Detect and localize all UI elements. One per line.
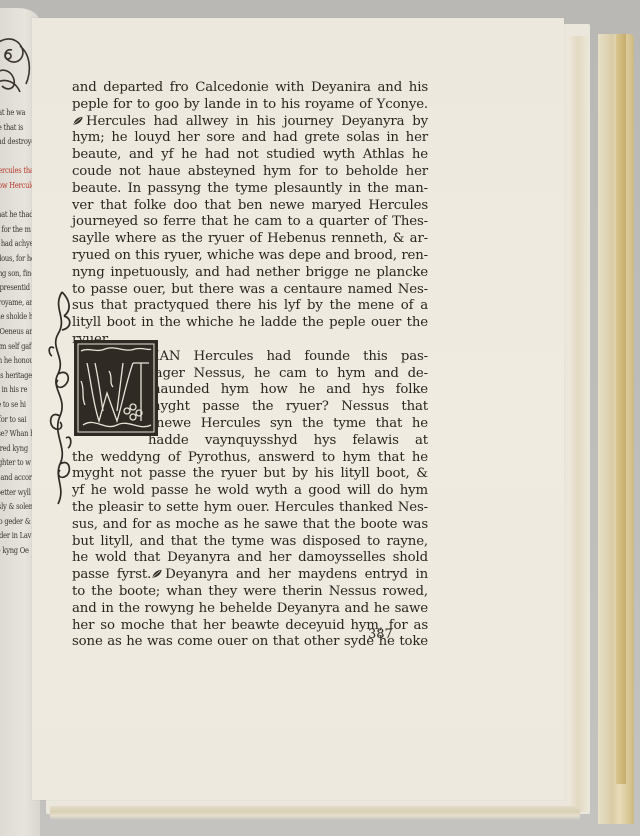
vine-border-ornament-icon [46, 288, 74, 508]
text-line: passe fyrst.Deyanyra and her maydens ent… [72, 567, 428, 584]
left-page-text-line: ssyng son, fin- [0, 267, 33, 281]
paragraph-before-dropcap: and departed fro Calcedonie with Deyanir… [72, 80, 428, 349]
left-page-text-line: c hym self gaf [0, 340, 31, 354]
text-line: the pleasir to sette hym ouer. Hercules … [72, 500, 428, 517]
text-line: ver that folke doo that ben newe maryed … [72, 198, 428, 215]
text-line: yf he wold passe he wold wyth a good wil… [72, 483, 428, 500]
left-page-text-line: f the kyng Oe [0, 544, 29, 558]
decorated-initial-w [74, 340, 158, 436]
initial-w-icon [75, 341, 157, 435]
text-line: sus that practyqued there his lyf by the… [72, 298, 428, 315]
text-line: peple for to goo by lande in to his roya… [72, 97, 428, 114]
left-page-text-line: Achlous, for he [0, 252, 35, 266]
deckle-edge-bottom [50, 806, 580, 820]
text-line: and departed fro Calcedonie with Deyanir… [72, 80, 428, 97]
leaf-ornament-icon [72, 116, 84, 126]
left-page-text-line: aad for the m [0, 223, 31, 237]
left-page-text-line: eed and accord [0, 471, 36, 485]
text-line: myght not passe the ryuer but by his lit… [72, 466, 428, 483]
text-line: journeyed so ferre that he cam to a quar… [72, 214, 428, 231]
left-page-text-line: orne that is [0, 121, 23, 135]
text-line: he wold that Deyanyra and her damoyssell… [72, 550, 428, 567]
deckle-edge-right [568, 36, 588, 812]
left-page-text-line: s fader in Lav [0, 529, 31, 543]
left-page-ornament-icon [0, 26, 36, 96]
left-page-text-line: also in his re [0, 383, 27, 397]
left-page-text-line: cesse? Whan h [0, 427, 34, 441]
text-line: but lityll, and that the tyme was dispos… [72, 534, 428, 551]
left-page-text-line: but for to sai [0, 413, 26, 427]
text-line: the weddyng of Pyrothus, answerd to hym … [72, 450, 428, 467]
text-line: ryued on this ryuer, whiche was depe and… [72, 248, 428, 265]
text-line: Hercules had allwey in his journey Deyan… [72, 114, 428, 131]
book-cover-edge [616, 34, 626, 784]
text-line: lityll boot in the whiche he ladde the p… [72, 315, 428, 332]
text-line: to passe ouer, but there was a centaure … [72, 282, 428, 299]
text-line: beaute, and yf he had not studied wyth A… [72, 147, 428, 164]
left-page-text-line: joye to se hi [0, 398, 26, 412]
leaf-ornament-icon [151, 569, 163, 579]
left-page-text-line: th better wyll [0, 486, 31, 500]
left-page-text-line: quyred kyng [0, 442, 28, 456]
text-line: nyng inpetuously, and had nether brigge … [72, 265, 428, 282]
left-page-text-line: doughter to w [0, 456, 31, 470]
paragraph-after-dropcap: the weddyng of Pyrothus, answerd to hym … [72, 450, 428, 652]
left-page-text-line: e that he wa [0, 106, 25, 120]
text-line: to the boote; whan they were therin Ness… [72, 584, 428, 601]
left-page-text-line: peusly & solem [0, 500, 35, 514]
text-line: coude not haue absteyned hym for to beho… [72, 164, 428, 181]
left-page-text-line: age Oeneus am [0, 325, 35, 339]
page-number: 387 [368, 627, 393, 642]
text-line: sus, and for as moche as he sawe that th… [72, 517, 428, 534]
text-line: and in the rowyng he behelde Deyanyra an… [72, 601, 428, 618]
text-line: saylle where as the ryuer of Hebenus ren… [72, 231, 428, 248]
left-page-text-line: to his heritage [0, 369, 32, 383]
left-page-text-line: e and destroye [0, 135, 35, 149]
left-page-text-line: ye to geder & s [0, 515, 36, 529]
text-line: hym; he louyd her sore and had grete sol… [72, 130, 428, 147]
text-line: beaute. In passyng the tyme plesauntly i… [72, 181, 428, 198]
left-page-text-line: st that he thad [0, 208, 33, 222]
